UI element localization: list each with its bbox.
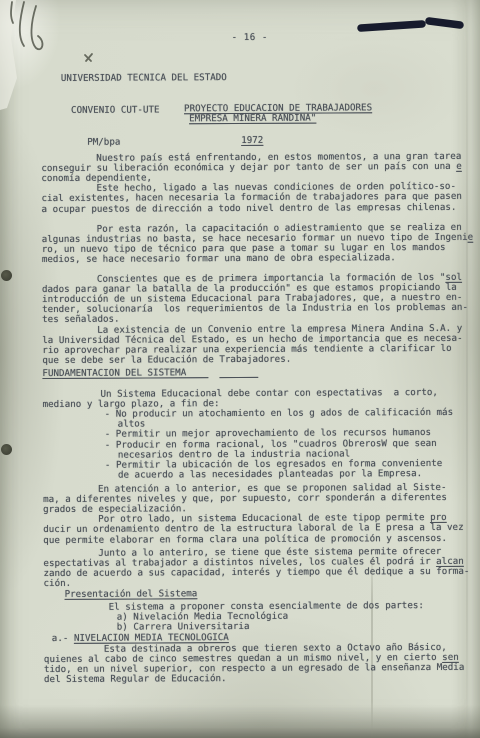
text-line: que permite elaborar en forma clara una …: [43, 533, 475, 545]
text-line: de acuerdo a las necesidades planteadas …: [43, 469, 475, 481]
section-heading: FUNDAMENTACION DEL SISTEMA: [42, 367, 474, 379]
scanned-page: - 16 - UNIVERSIDAD TECNICA DEL ESTADO CO…: [0, 0, 480, 738]
page-number: - 16 -: [232, 32, 268, 43]
text-line: del Sistema Regular de Educación.: [44, 673, 476, 685]
document-subtitle: EMPRESA MINERA RANDINA": [41, 113, 473, 125]
letterhead-line: UNIVERSIDAD TECNICA DEL ESTADO: [61, 73, 227, 85]
typed-content: - 16 - UNIVERSIDAD TECNICA DEL ESTADO CO…: [0, 0, 480, 738]
document-year: 1972: [41, 135, 473, 147]
document-body: PROYECTO EDUCACION DE TRABAJADORESEMPRES…: [41, 103, 476, 686]
text-line: que se debe ser la Educación de Trabajad…: [42, 354, 474, 366]
text-line: a ocupar puestos de dirección a todo niv…: [42, 202, 474, 214]
text-line: medios, se hace necesario formar una man…: [42, 253, 474, 265]
section-heading: Presentación del Sistema: [44, 587, 476, 599]
